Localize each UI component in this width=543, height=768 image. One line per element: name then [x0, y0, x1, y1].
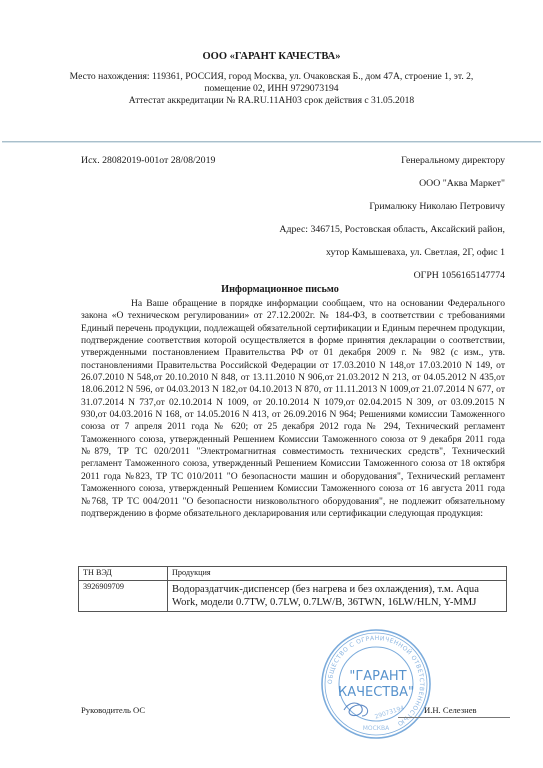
- column-header-code: ТН ВЭД: [79, 567, 168, 581]
- header-separator: [2, 141, 541, 142]
- table-row: 3926909709 Водораздатчик-диспенсер (без …: [79, 581, 507, 612]
- recipient-title: Генеральному директору: [401, 155, 505, 166]
- signatory-name: И.Н. Селезнев: [424, 705, 477, 715]
- letter-body: На Ваше обращение в порядке информации с…: [81, 298, 505, 520]
- recipient-company: ООО "Аква Маркет": [419, 178, 505, 189]
- recipient-name: Грималюку Николаю Петровичу: [369, 201, 505, 212]
- table-header-row: ТН ВЭД Продукция: [79, 567, 507, 581]
- organization-address-line-1: Место нахождения: 119361, РОССИЯ, город …: [0, 71, 543, 82]
- recipient-ogrn: ОГРН 1056165147774: [414, 270, 505, 281]
- stamp-seal-icon: ОБЩЕСТВО С ОГРАНИЧЕННОЙ ОТВЕТСТВЕННОСТЬЮ…: [318, 626, 434, 742]
- svg-text:КАЧЕСТВА": КАЧЕСТВА": [338, 685, 414, 700]
- recipient-address-line-1: Адрес: 346715, Ростовская область, Аксай…: [279, 224, 505, 235]
- recipient-address-line-2: хутор Камышеваха, ул. Светлая, 2Г, офис …: [326, 247, 505, 258]
- signatory-role: Руководитель ОС: [81, 705, 145, 715]
- svg-text:МОСКВА: МОСКВА: [363, 725, 390, 732]
- signature-line: [398, 717, 510, 718]
- letter-title: Информационное письмо: [0, 284, 543, 295]
- organization-name: ООО «ГАРАНТ КАЧЕСТВА»: [0, 51, 543, 62]
- product-table: ТН ВЭД Продукция 3926909709 Водораздатчи…: [78, 566, 507, 612]
- product-code: 3926909709: [79, 581, 168, 612]
- outgoing-reference: Исх. 28082019-001от 28/08/2019: [81, 155, 215, 166]
- official-stamp: ОБЩЕСТВО С ОГРАНИЧЕННОЙ ОТВЕТСТВЕННОСТЬЮ…: [318, 626, 434, 742]
- svg-text:"ГАРАНТ: "ГАРАНТ: [349, 669, 406, 684]
- product-description: Водораздатчик-диспенсер (без нагрева и б…: [168, 581, 507, 612]
- accreditation-info: Аттестат аккредитации № RA.RU.11АН03 сро…: [0, 95, 543, 106]
- column-header-product: Продукция: [168, 567, 507, 581]
- organization-address-line-2: помещение 02, ИНН 9729073194: [0, 83, 543, 94]
